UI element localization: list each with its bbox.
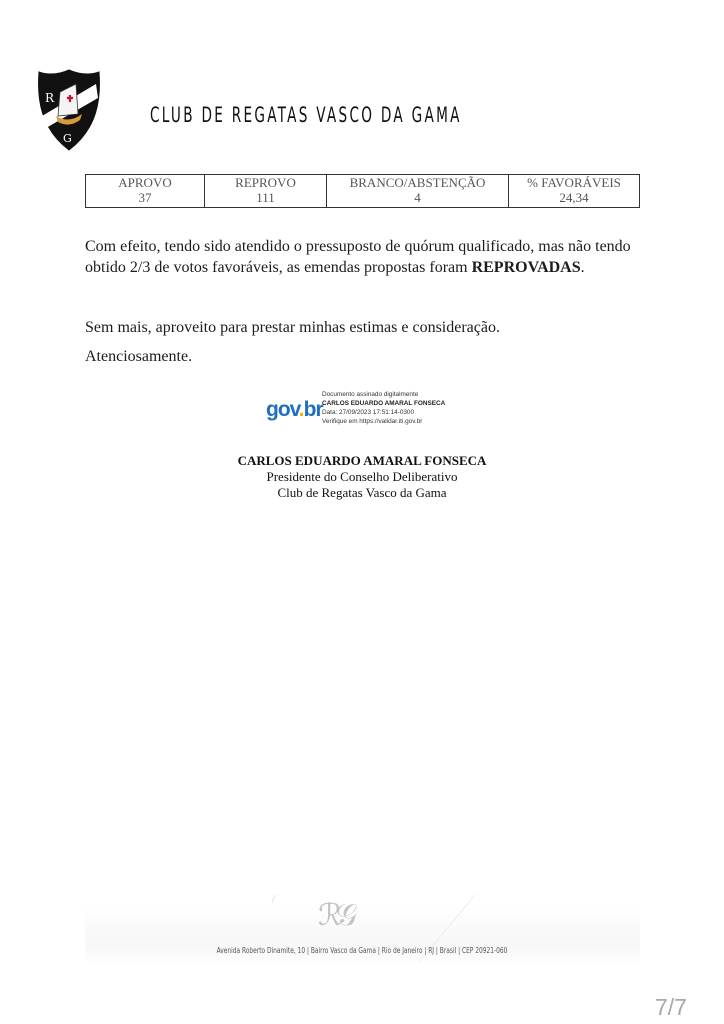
result-paragraph: Com efeito, tendo sido atendido o pressu… — [85, 236, 655, 278]
column-value: 4 — [327, 190, 508, 205]
signer-title: Presidente do Conselho Deliberativo — [0, 469, 724, 485]
footer-address: Avenida Roberto Dinamite, 10 | Bairro Va… — [65, 946, 659, 955]
closing-paragraph: Sem mais, aproveito para prestar minhas … — [85, 317, 655, 338]
club-name: Club de Regatas Vasco da Gama — [150, 103, 462, 127]
svg-text:R: R — [45, 91, 55, 105]
vote-cell-reject: REPROVO 111 — [205, 175, 327, 208]
column-header: APROVO — [86, 175, 204, 190]
logo-gov: gov — [266, 398, 299, 421]
column-value: 37 — [86, 190, 204, 205]
digital-signature-stamp: gov.br Documento assinado digitalmente C… — [264, 388, 464, 434]
signature-date: Data: 27/09/2023 17:51:14-0300 — [322, 408, 445, 417]
svg-text:G: G — [63, 132, 72, 145]
column-header: BRANCO/ABSTENÇÃO — [327, 175, 508, 190]
page-indicator: 7/7 — [655, 994, 687, 1021]
vote-cell-approve: APROVO 37 — [86, 175, 205, 208]
logo-br: br — [304, 398, 323, 421]
signer-name: CARLOS EDUARDO AMARAL FONSECA — [0, 453, 724, 469]
paragraph-end: . — [581, 259, 585, 276]
column-value: 111 — [205, 190, 326, 205]
vote-cell-favorable-pct: % FAVORÁVEIS 24,34 — [509, 175, 640, 208]
vote-results-table: APROVO 37 REPROVO 111 BRANCO/ABSTENÇÃO 4… — [85, 174, 640, 208]
signature-verify-link[interactable]: Verifique em https://validar.iti.gov.br — [322, 417, 445, 426]
result-status: REPROVADAS — [472, 259, 581, 276]
signature-caption: Documento assinado digitalmente — [322, 390, 445, 399]
column-header: REPROVO — [205, 175, 326, 190]
crvg-monogram-icon: ℛ𝒢 — [318, 898, 384, 938]
column-header: % FAVORÁVEIS — [509, 175, 639, 190]
signature-signer: CARLOS EDUARDO AMARAL FONSECA — [322, 399, 445, 408]
signer-organization: Club de Regatas Vasco da Gama — [0, 485, 724, 501]
vote-cell-abstention: BRANCO/ABSTENÇÃO 4 — [327, 175, 509, 208]
closing-salutation: Atenciosamente. — [85, 346, 655, 367]
column-value: 24,34 — [509, 190, 639, 205]
govbr-logo: gov.br — [266, 398, 323, 422]
vasco-crest-icon: R G — [36, 68, 102, 152]
